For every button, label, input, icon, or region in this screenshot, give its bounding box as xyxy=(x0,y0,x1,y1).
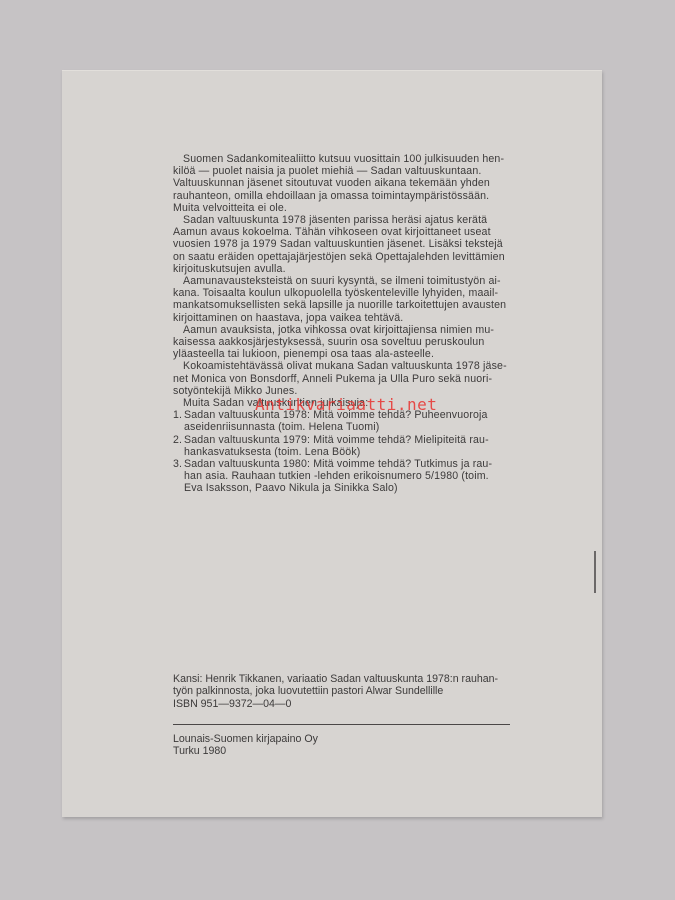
isbn: ISBN 951—9372—04—0 xyxy=(173,698,513,710)
text-line: Aamunavausteksteistä on suuri kysyntä, s… xyxy=(173,275,461,287)
text-line: kilöä — puolet naisia ja puolet miehiä —… xyxy=(173,165,461,177)
text-line: Aamun avauksista, jotka vihkossa ovat ki… xyxy=(173,324,461,336)
cover-credit: Kansi: Henrik Tikkanen, variaatio Sadan … xyxy=(173,673,513,685)
text-line: Sadan valtuuskunta 1979: Mitä voimme teh… xyxy=(184,434,489,446)
list-number: 3. xyxy=(173,458,184,470)
text-line: net Monica von Bonsdorff, Anneli Pukema … xyxy=(173,373,461,385)
paragraph-editors: Kokoamistehtävässä olivat mukana Sadan v… xyxy=(173,360,461,397)
paragraph-collection: Sadan valtuuskunta 1978 jäsenten parissa… xyxy=(173,214,461,275)
print-place-year: Turku 1980 xyxy=(173,745,318,757)
text-line: rauhanteon, omilla ehdoillaan ja omassa … xyxy=(173,190,461,202)
colophon: Kansi: Henrik Tikkanen, variaatio Sadan … xyxy=(173,673,513,710)
text-line: Suomen Sadankomitealiitto kutsuu vuositt… xyxy=(173,153,461,165)
paragraph-demand: Aamunavausteksteistä on suuri kysyntä, s… xyxy=(173,275,461,324)
list-number: 1. xyxy=(173,409,184,421)
text-line: mankatsomuksellisten sekä lapsille ja nu… xyxy=(173,299,461,311)
text-line: vuosien 1978 ja 1979 Sadan valtuuskuntie… xyxy=(173,238,461,250)
paragraph-intro: Suomen Sadankomitealiitto kutsuu vuositt… xyxy=(173,153,461,214)
printer-info: Lounais-Suomen kirjapaino Oy Turku 1980 xyxy=(173,733,318,758)
text-line: Kokoamistehtävässä olivat mukana Sadan v… xyxy=(173,360,461,372)
printer-name: Lounais-Suomen kirjapaino Oy xyxy=(173,733,318,745)
text-line: Sadan valtuuskunta 1980: Mitä voimme teh… xyxy=(184,458,492,470)
text-line: han asia. Rauhaan tutkien -lehden erikoi… xyxy=(173,470,461,482)
text-line: Sadan valtuuskunta 1978 jäsenten parissa… xyxy=(173,214,461,226)
divider xyxy=(173,724,510,725)
text-line: yläasteella tai lukioon, pienempi osa ta… xyxy=(173,348,461,360)
text-line: Aamun avaus kokoelma. Tähän vihkoseen ov… xyxy=(173,226,461,238)
text-line: Eva Isaksson, Paavo Nikula ja Sinikka Sa… xyxy=(173,482,461,494)
cover-credit: työn palkinnosta, joka luovutettiin past… xyxy=(173,685,513,697)
publication-item: 3.Sadan valtuuskunta 1980: Mitä voimme t… xyxy=(173,458,461,495)
text-line: kirjoittaminen on haastava, jopa vaikea … xyxy=(173,312,461,324)
text-line: hankasvatuksesta (toim. Lena Böök) xyxy=(173,446,461,458)
text-line: kirjoituskutsujen avulla. xyxy=(173,263,461,275)
text-line: kana. Toisaalta koulun ulkopuolella työs… xyxy=(173,287,461,299)
text-line: kaisessa aakkosjärjestyksessä, suurin os… xyxy=(173,336,461,348)
paragraph-order: Aamun avauksista, jotka vihkossa ovat ki… xyxy=(173,324,461,361)
publication-item: 2.Sadan valtuuskunta 1979: Mitä voimme t… xyxy=(173,434,461,458)
watermark: Antikvariaatti.net xyxy=(255,395,437,414)
text-line: aseidenriisunnasta (toim. Helena Tuomi) xyxy=(173,421,461,433)
list-number: 2. xyxy=(173,434,184,446)
body-text: Suomen Sadankomitealiitto kutsuu vuositt… xyxy=(173,153,461,495)
text-line: Valtuuskunnan jäsenet sitoutuvat vuoden … xyxy=(173,177,461,189)
text-line: Muita velvoitteita ei ole. xyxy=(173,202,461,214)
text-line: on saatu eräiden opettajajärjestöjen sek… xyxy=(173,251,461,263)
publication-list: 1.Sadan valtuuskunta 1978: Mitä voimme t… xyxy=(173,409,461,494)
staple-mark xyxy=(594,551,596,593)
